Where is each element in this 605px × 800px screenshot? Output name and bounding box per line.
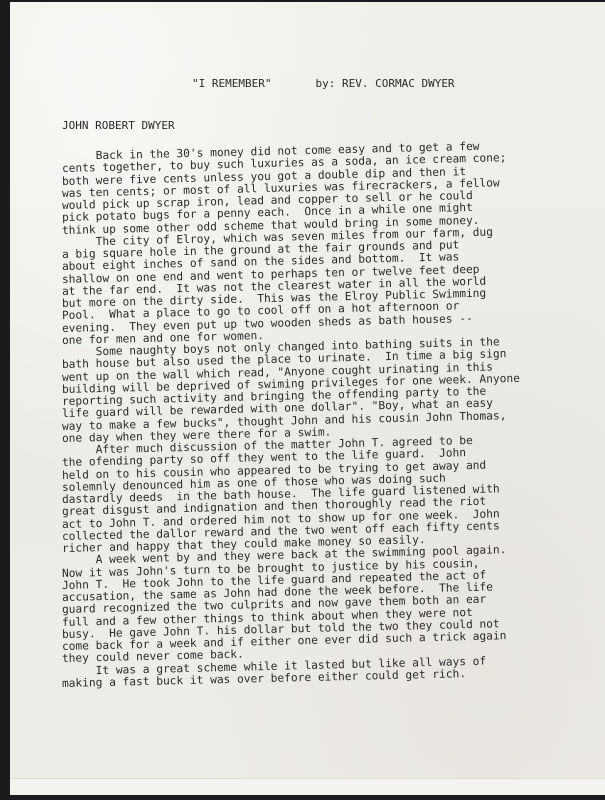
scanned-page: "I REMEMBER"by: REV. CORMAC DWYER JOHN R… [0,0,605,800]
title-line: "I REMEMBER"by: REV. CORMAC DWYER [192,77,455,90]
body-text: Back in the 30's money did not come easy… [62,151,582,690]
author-byline: by: REV. CORMAC DWYER [315,77,454,90]
subject-heading: JOHN ROBERT DWYER [62,119,175,132]
document-title: "I REMEMBER" [192,77,271,90]
